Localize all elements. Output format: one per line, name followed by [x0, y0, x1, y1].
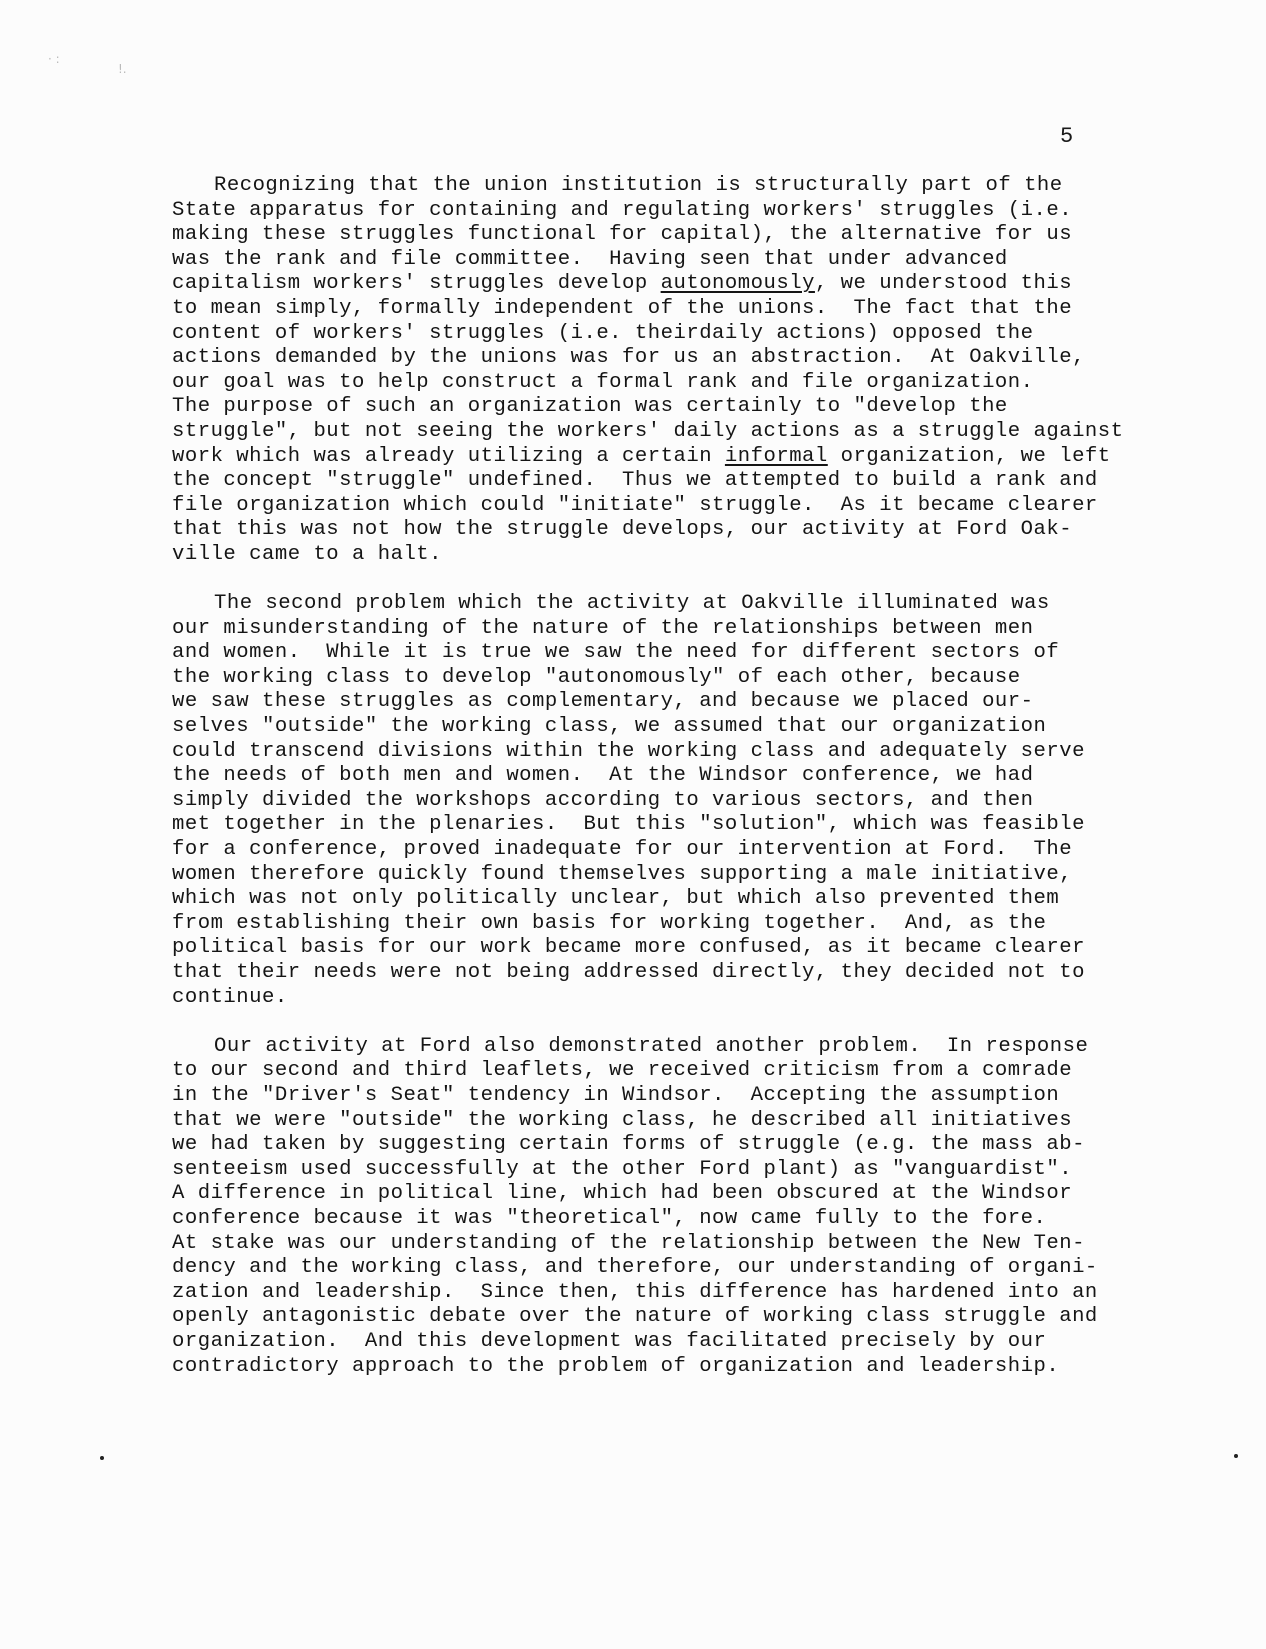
text-line: the concept "struggle" undefined. Thus w…	[172, 469, 1132, 494]
text-line: At stake was our understanding of the re…	[172, 1232, 1132, 1257]
text-line: political basis for our work became more…	[172, 936, 1132, 961]
text-line: A difference in political line, which ha…	[172, 1182, 1132, 1207]
text-line: struggle", but not seeing the workers' d…	[172, 420, 1132, 445]
scan-artifact: · :	[48, 52, 60, 66]
text-line: zation and leadership. Since then, this …	[172, 1281, 1132, 1306]
text-line: that this was not how the struggle devel…	[172, 518, 1132, 543]
text-line: that their needs were not being addresse…	[172, 961, 1132, 986]
text-line: organization. And this development was f…	[172, 1330, 1132, 1355]
paragraph: Our activity at Ford also demonstrated a…	[172, 1035, 1132, 1379]
text-line: the working class to develop "autonomous…	[172, 666, 1132, 691]
text-line: the needs of both men and women. At the …	[172, 764, 1132, 789]
underlined-emphasis: informal	[725, 445, 828, 468]
text-line: dency and the working class, and therefo…	[172, 1256, 1132, 1281]
underlined-emphasis: autonomously	[661, 272, 815, 295]
page-number: 5	[1060, 124, 1073, 149]
paragraph: The second problem which the activity at…	[172, 592, 1132, 1010]
text-line: The second problem which the activity at…	[172, 592, 1132, 617]
text-line: for a conference, proved inadequate for …	[172, 838, 1132, 863]
text-line: ville came to a halt.	[172, 543, 1132, 568]
text-line: State apparatus for containing and regul…	[172, 199, 1132, 224]
text-line: to mean simply, formally independent of …	[172, 297, 1132, 322]
text-line: which was not only politically unclear, …	[172, 887, 1132, 912]
paragraph: Recognizing that the union institution i…	[172, 174, 1132, 568]
text-line: Our activity at Ford also demonstrated a…	[172, 1035, 1132, 1060]
text-line: conference because it was "theoretical",…	[172, 1207, 1132, 1232]
text-line: our goal was to help construct a formal …	[172, 371, 1132, 396]
text-line: in the "Driver's Seat" tendency in Winds…	[172, 1084, 1132, 1109]
text-line: senteeism used successfully at the other…	[172, 1158, 1132, 1183]
text-line: from establishing their own basis for wo…	[172, 912, 1132, 937]
text-line: could transcend divisions within the wor…	[172, 740, 1132, 765]
scan-speck	[1234, 1454, 1238, 1458]
text-line: selves "outside" the working class, we a…	[172, 715, 1132, 740]
text-line: simply divided the workshops according t…	[172, 789, 1132, 814]
text-line: file organization which could "initiate"…	[172, 494, 1132, 519]
text-line: we had taken by suggesting certain forms…	[172, 1133, 1132, 1158]
text-line: making these struggles functional for ca…	[172, 223, 1132, 248]
text-line: was the rank and file committee. Having …	[172, 248, 1132, 273]
text-line: Recognizing that the union institution i…	[172, 174, 1132, 199]
text-line: actions demanded by the unions was for u…	[172, 346, 1132, 371]
text-line: women therefore quickly found themselves…	[172, 863, 1132, 888]
scan-artifact: !.	[118, 62, 127, 76]
text-line: continue.	[172, 986, 1132, 1011]
text-line: contradictory approach to the problem of…	[172, 1355, 1132, 1380]
text-line: met together in the plenaries. But this …	[172, 813, 1132, 838]
text-line: and women. While it is true we saw the n…	[172, 641, 1132, 666]
scan-speck	[100, 1456, 104, 1460]
document-page: · : !. 5 Recognizing that the union inst…	[0, 0, 1266, 1649]
text-line: openly antagonistic debate over the natu…	[172, 1305, 1132, 1330]
text-line: to our second and third leaflets, we rec…	[172, 1059, 1132, 1084]
text-line: The purpose of such an organization was …	[172, 395, 1132, 420]
text-line: content of workers' struggles (i.e. thei…	[172, 322, 1132, 347]
text-line: our misunderstanding of the nature of th…	[172, 617, 1132, 642]
text-line: we saw these struggles as complementary,…	[172, 690, 1132, 715]
text-line: that we were "outside" the working class…	[172, 1109, 1132, 1134]
text-line: capitalism workers' struggles develop au…	[172, 272, 1132, 297]
text-line: work which was already utilizing a certa…	[172, 445, 1132, 470]
document-body: Recognizing that the union institution i…	[172, 174, 1132, 1404]
